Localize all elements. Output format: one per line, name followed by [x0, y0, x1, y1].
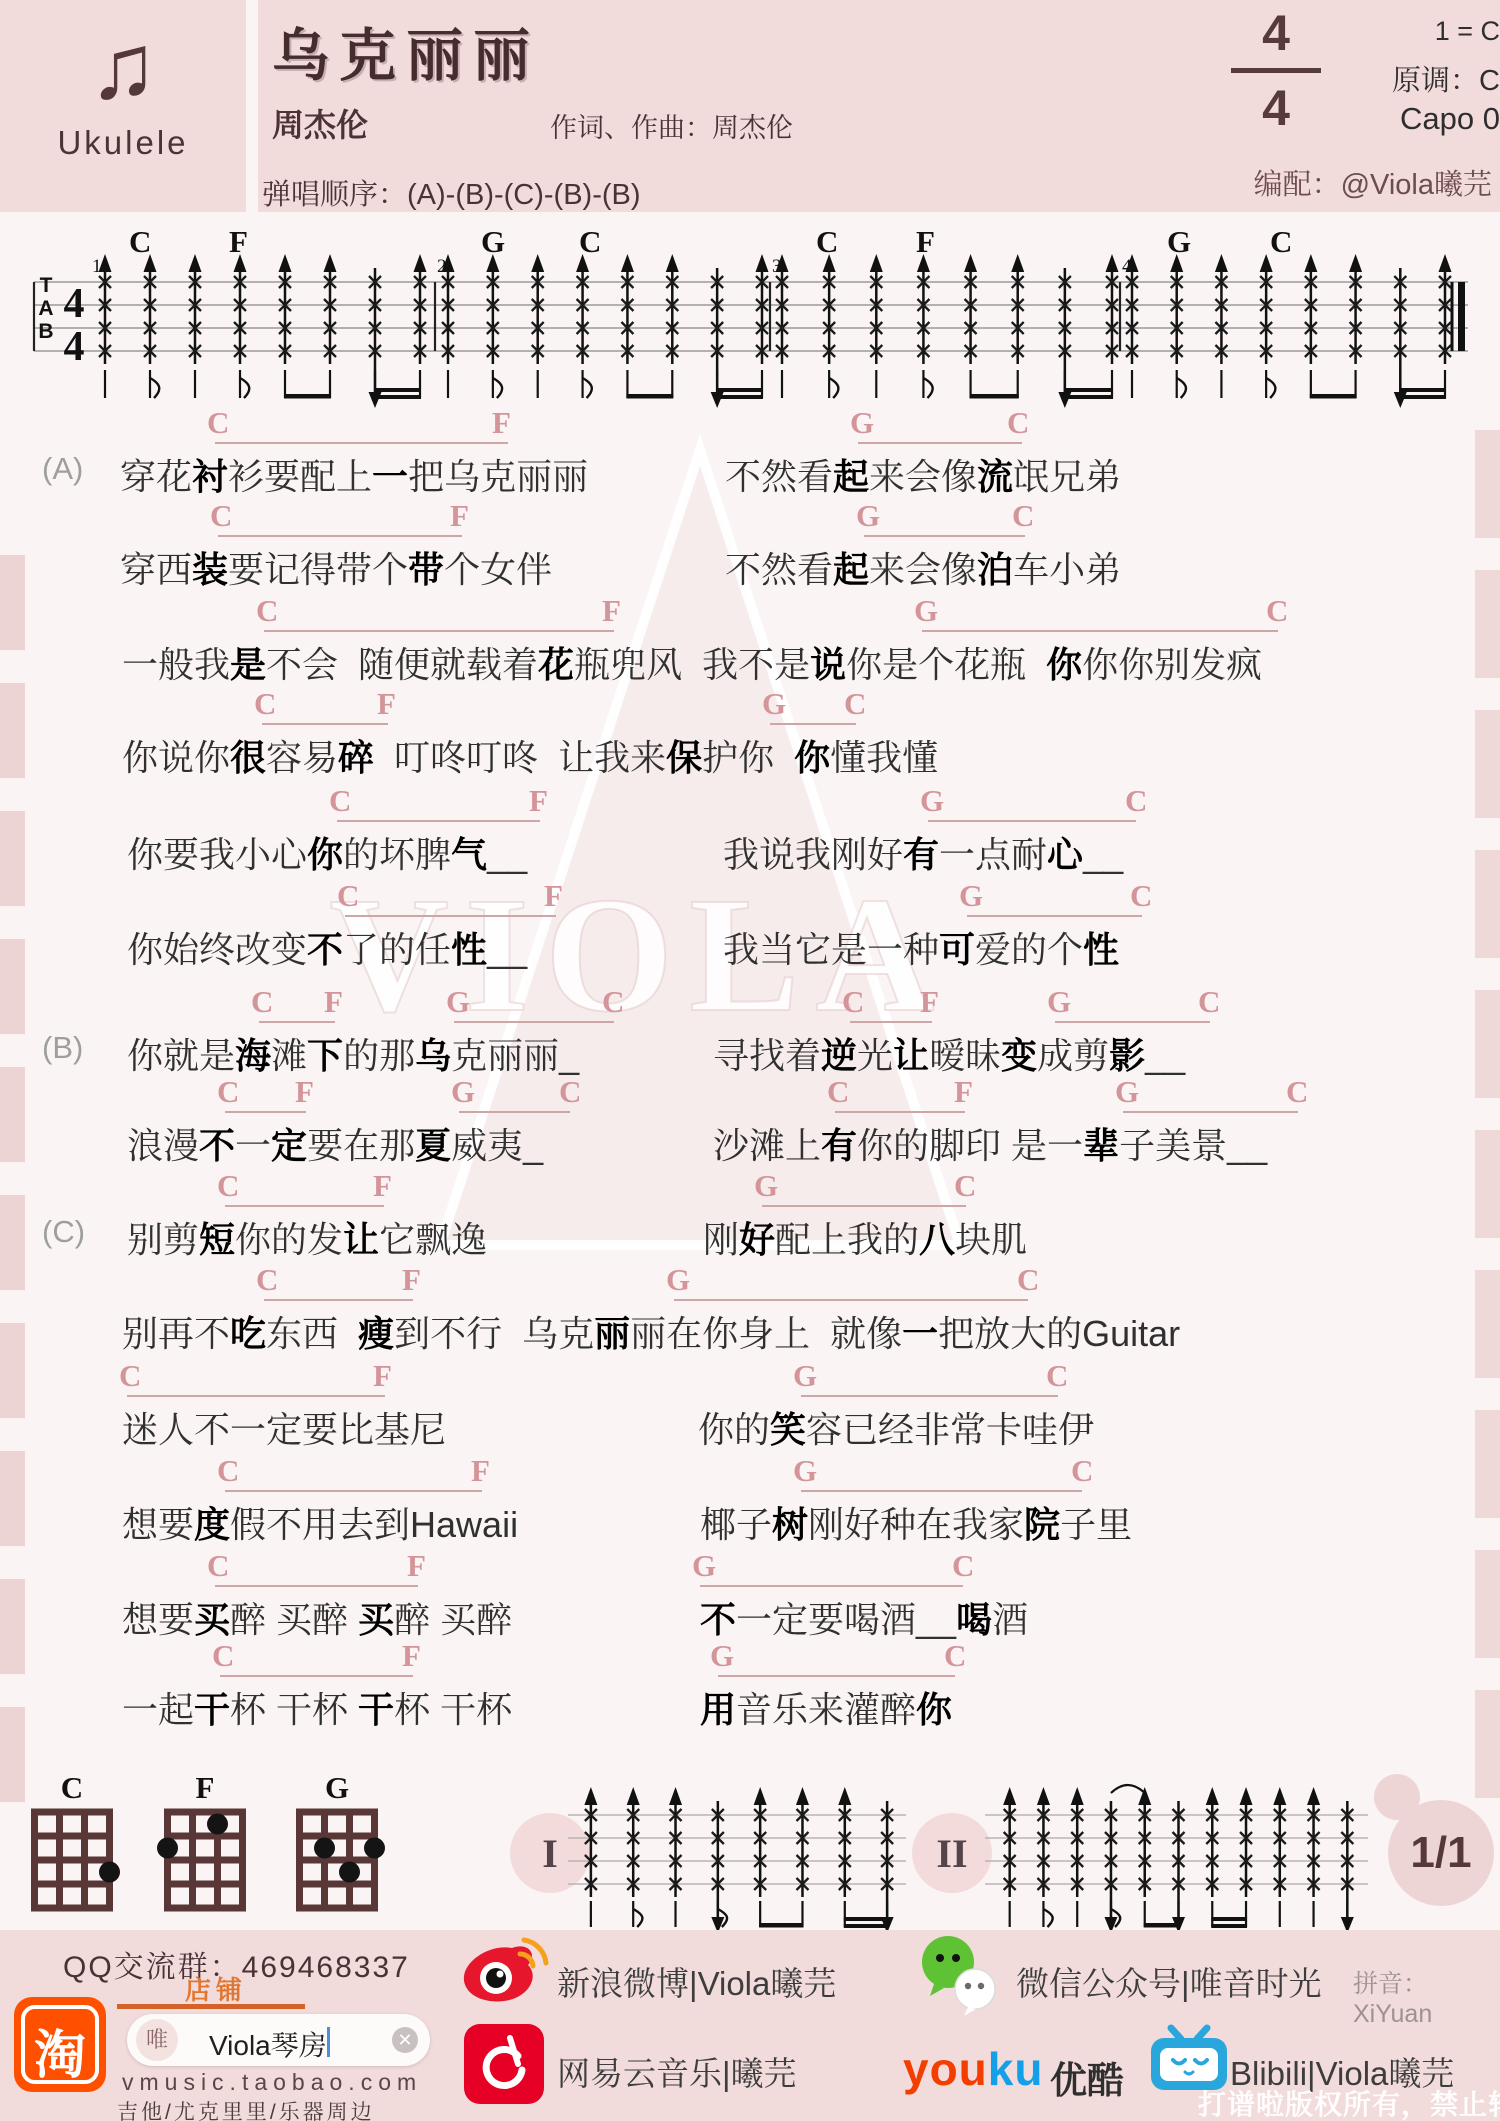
tab-chord-label: G	[1167, 224, 1191, 259]
svg-text:VIOLA: VIOLA	[330, 863, 951, 1046]
logo-text: Ukulele	[0, 124, 246, 162]
taobao-icon-char: 淘	[14, 2013, 106, 2088]
arranger: 编配：@Viola曦芫	[1254, 162, 1492, 203]
svg-text:II: II	[936, 1831, 967, 1876]
chord-label: F	[373, 1168, 392, 1204]
chord-label: G	[1115, 1074, 1139, 1110]
play-order: 弹唱顺序：(A)-(B)-(C)-(B)-(B)	[262, 172, 641, 213]
chord-label: F	[529, 783, 548, 819]
chord-rule	[1055, 1021, 1210, 1023]
chord-label: C	[251, 984, 273, 1020]
time-bottom: 4	[1230, 75, 1322, 141]
chord-label: C	[827, 1074, 849, 1110]
left-edge-decoration	[0, 555, 25, 1810]
chord-rule	[225, 1490, 482, 1492]
chord-rule	[220, 1675, 413, 1677]
header: ♫ Ukulele 乌克丽丽 周杰伦 作词、作曲：周杰伦 弹唱顺序：(A)-(B…	[0, 0, 1500, 212]
capo: Capo 0	[1400, 101, 1500, 137]
lyric-text: 你说你很容易碎 叮咚叮咚 让我来保护你 你懂我懂	[122, 730, 938, 781]
lyric-text: 我说我刚好有一点耐心__	[723, 827, 1123, 878]
chord-rule	[718, 1675, 955, 1677]
tab-chord-label: F	[229, 224, 248, 259]
chord-label: G	[710, 1638, 734, 1674]
chord-label: C	[1012, 498, 1034, 534]
svg-text:B: B	[38, 320, 53, 343]
text-cursor	[327, 2027, 330, 2057]
lyric-line: CFGC别再不吃东西 瘦到不行 乌克丽丽在你身上 就像一把放大的Guitar	[0, 1262, 1500, 1362]
chord-label: C	[256, 1262, 278, 1298]
chord-rule	[674, 1299, 1028, 1301]
tab-chord-label: C	[129, 224, 151, 259]
chord-rule	[459, 1111, 570, 1113]
lyric-line: CFGC一起干杯 干杯 干杯 干杯用音乐来灌醉你	[0, 1638, 1500, 1738]
lyric-text: 你要我小心你的坏脾气__	[127, 827, 527, 878]
chord-label: F	[402, 1638, 421, 1674]
page-number: 1/1	[1388, 1828, 1494, 1878]
chord-label: F	[324, 984, 343, 1020]
chord-rule	[337, 820, 540, 822]
lyric-text: 迷人不一定要比基尼	[122, 1402, 446, 1453]
lyric-text: 一般我是不会 随便就载着花瓶兜风 我不是说你是个花瓶 你你你别发疯	[122, 637, 1262, 688]
chord-label: G	[793, 1453, 817, 1489]
lyric-line: (A)CFGC穿花衬衫要配上一把乌克丽丽不然看起来会像流氓兄弟	[0, 405, 1500, 505]
search-value: Viola琴房	[209, 2024, 330, 2064]
chord-label: C	[212, 1638, 234, 1674]
chord-label: F	[602, 593, 621, 629]
lyric-line: (B)CFGCCFGC你就是海滩下的那乌克丽丽_寻找着逆光让暧昧变成剪影__	[0, 984, 1500, 1084]
chord-label: C	[1266, 593, 1288, 629]
credits: 作词、作曲：周杰伦	[550, 106, 793, 145]
lyric-text: 椰子树刚好种在我家院子里	[700, 1497, 1132, 1548]
chord-label: G	[1047, 984, 1071, 1020]
chord-rule	[864, 535, 1025, 537]
chord-label: F	[407, 1548, 426, 1584]
tab-chord-label: C	[579, 224, 601, 259]
chord-label: C	[217, 1453, 239, 1489]
chord-label: F	[373, 1358, 392, 1394]
chord-label: F	[295, 1074, 314, 1110]
lyric-text: 穿西装要记得带个带个女伴	[120, 542, 552, 593]
chord-label: G	[920, 783, 944, 819]
original-key: 原调：C	[1392, 58, 1500, 99]
lyric-text: 别再不吃东西 瘦到不行 乌克丽丽在你身上 就像一把放大的Guitar	[122, 1306, 1180, 1357]
youku-cn-label: 优酷	[1050, 2050, 1124, 2104]
chord-label: G	[914, 593, 938, 629]
chord-label: C	[944, 1638, 966, 1674]
search-input[interactable]: 唯 Viola琴房 ✕	[127, 2014, 430, 2066]
chord-label: F	[377, 686, 396, 722]
chord-label: C	[559, 1074, 581, 1110]
footer: QQ交流群：469468337 店铺 淘 唯 Viola琴房 ✕ vmusic.…	[0, 1930, 1500, 2121]
page-badge: 1/1	[1388, 1800, 1494, 1906]
lyric-line: CFGC你始终改变不了的任性__我当它是一种可爱的个性	[0, 878, 1500, 978]
chord-rule	[700, 1585, 963, 1587]
chord-rule	[225, 1205, 384, 1207]
lyric-text: 刚好配上我的八块肌	[703, 1212, 1027, 1263]
tab-chord-label: C	[1270, 224, 1292, 259]
chord-rule	[762, 1205, 966, 1207]
chord-label: F	[402, 1262, 421, 1298]
chord-label: F	[954, 1074, 973, 1110]
section-label: (B)	[42, 1030, 83, 1066]
key-line: 1 = C	[1435, 16, 1500, 47]
chord-label: C	[256, 593, 278, 629]
chord-label: C	[1017, 1262, 1039, 1298]
lyric-text: 沙滩上有你的脚印 是一辈子美景__	[713, 1118, 1267, 1169]
pinyin-note: 拼音：XiYuan	[1353, 1964, 1500, 2029]
chord-label: G	[762, 686, 786, 722]
lyric-line: CFGC你说你很容易碎 叮咚叮咚 让我来保护你 你懂我懂	[0, 686, 1500, 786]
lyric-text: 不然看起来会像流氓兄弟	[725, 449, 1121, 500]
chord-rule	[801, 1490, 1082, 1492]
chord-label: C	[217, 1074, 239, 1110]
chord-rule	[770, 723, 856, 725]
chord-rule	[967, 915, 1142, 917]
chord-rule	[850, 1021, 932, 1023]
lyric-line: CFGC一般我是不会 随便就载着花瓶兜风 我不是说你是个花瓶 你你你别发疯	[0, 593, 1500, 693]
intro-tab-notation: TAB441CF2GC3CF4GC	[0, 212, 1500, 412]
netease-music-icon	[464, 2024, 544, 2104]
svg-text:A: A	[38, 297, 53, 320]
youku-logo: youku	[903, 2042, 1043, 2096]
time-signature: 4 4	[1230, 0, 1322, 141]
chord-rule	[345, 915, 556, 917]
time-bar	[1231, 68, 1321, 73]
weibo-icon	[454, 1932, 549, 2010]
chord-rule	[215, 442, 508, 444]
lyric-text: 想要度假不用去到Hawaii	[122, 1497, 518, 1548]
lyric-line: CFGC迷人不一定要比基尼你的笑容已经非常卡哇伊	[0, 1358, 1500, 1458]
chord-label: G	[692, 1548, 716, 1584]
chord-rule	[127, 1395, 385, 1397]
search-logo-icon: 唯	[136, 2019, 178, 2061]
section-label: (C)	[42, 1214, 85, 1250]
shop-label: 店铺	[185, 1970, 247, 2007]
tab-chord-label: G	[481, 224, 505, 259]
section-label: (A)	[42, 451, 83, 487]
chord-label: C	[1130, 878, 1152, 914]
lyric-text: 别剪短你的发让它飘逸	[127, 1212, 487, 1263]
tab-chord-label: F	[916, 224, 935, 259]
lyric-line: CFGC你要我小心你的坏脾气__我说我刚好有一点耐心__	[0, 783, 1500, 883]
taobao-tags: 吉他/尤克里里/乐器周边	[117, 2096, 375, 2121]
song-title: 乌克丽丽	[272, 10, 540, 92]
taobao-icon: 淘	[14, 1997, 106, 2092]
artist-name: 周杰伦	[272, 100, 368, 146]
chord-label: G	[959, 878, 983, 914]
chord-label: G	[666, 1262, 690, 1298]
chord-rule	[264, 630, 614, 632]
chord-label: G	[793, 1358, 817, 1394]
chord-rule	[264, 1299, 413, 1301]
chord-label: C	[844, 686, 866, 722]
chord-label: G	[754, 1168, 778, 1204]
logo-box: ♫ Ukulele	[0, 0, 246, 212]
chord-label: C	[602, 984, 624, 1020]
strum-patterns: III	[0, 1775, 1500, 1935]
search-clear-icon[interactable]: ✕	[392, 2027, 418, 2053]
chord-rule	[835, 1111, 965, 1113]
chord-rule	[262, 723, 388, 725]
chord-rule	[454, 1021, 614, 1023]
svg-text:T: T	[40, 274, 53, 297]
chord-label: C	[217, 1168, 239, 1204]
sheet-page: VIOLA ♫ Ukulele 乌克丽丽 周杰伦 作词、作曲：周杰伦 弹唱顺序：…	[0, 0, 1500, 2121]
chord-rule	[259, 1021, 335, 1023]
chord-label: C	[329, 783, 351, 819]
chord-label: C	[1198, 984, 1220, 1020]
chord-rule	[922, 630, 1278, 632]
lyric-text: 你就是海滩下的那乌克丽丽_	[127, 1028, 579, 1079]
header-divider	[246, 0, 258, 212]
chord-label: F	[920, 984, 939, 1020]
chord-label: C	[254, 686, 276, 722]
lyric-text: 不然看起来会像泊车小弟	[725, 542, 1121, 593]
svg-text:I: I	[542, 1831, 558, 1876]
lyric-text: 一起干杯 干杯 干杯 干杯	[122, 1682, 512, 1733]
wechat-icon	[918, 1934, 1002, 2018]
chord-label: C	[207, 1548, 229, 1584]
netease-account: 网易云音乐|曦芫	[557, 2048, 797, 2095]
music-note-icon: ♫	[0, 12, 246, 122]
chord-label: C	[1286, 1074, 1308, 1110]
chord-label: C	[954, 1168, 976, 1204]
svg-text:4: 4	[64, 324, 85, 370]
chord-rule	[928, 820, 1136, 822]
lyric-line: CFGC想要买醉 买醉 买醉 买醉不一定要喝酒__喝酒	[0, 1548, 1500, 1648]
chord-label: F	[471, 1453, 490, 1489]
chord-label: C	[210, 498, 232, 534]
lyric-line: CFGCCFGC浪漫不一定要在那夏威夷_沙滩上有你的脚印 是一辈子美景__	[0, 1074, 1500, 1174]
lyric-line: (C)CFGC别剪短你的发让它飘逸刚好配上我的八块肌	[0, 1168, 1500, 1268]
chord-label: C	[1046, 1358, 1068, 1394]
copyright-watermark: 打谱啦版权所有，禁止转载	[1198, 2083, 1500, 2121]
taobao-url: vmusic.taobao.com	[122, 2069, 422, 2096]
chord-rule	[858, 442, 1022, 444]
lyric-text: 用音乐来灌醉你	[700, 1682, 952, 1733]
chord-rule	[801, 1395, 1058, 1397]
right-edge-decoration	[1475, 430, 1500, 1815]
wechat-account: 微信公众号|唯音时光	[1016, 1958, 1322, 2005]
chord-label: C	[842, 984, 864, 1020]
svg-text:4: 4	[64, 281, 85, 327]
chord-rule	[225, 1111, 306, 1113]
lyric-line: CFGC想要度假不用去到Hawaii椰子树刚好种在我家院子里	[0, 1453, 1500, 1553]
svg-text:1: 1	[92, 256, 102, 277]
chord-label: C	[337, 878, 359, 914]
lyric-text: 寻找着逆光让暧昧变成剪影__	[713, 1028, 1185, 1079]
chord-label: G	[451, 1074, 475, 1110]
chord-label: F	[450, 498, 469, 534]
weibo-account: 新浪微博|Viola曦芫	[557, 1958, 836, 2005]
chord-rule	[1123, 1111, 1298, 1113]
lyric-text: 想要买醉 买醉 买醉 买醉	[122, 1592, 512, 1643]
chord-label: G	[446, 984, 470, 1020]
chord-label: G	[856, 498, 880, 534]
lyric-text: 你的笑容已经非常卡哇伊	[698, 1402, 1094, 1453]
lyric-line: CFGC穿西装要记得带个带个女伴不然看起来会像泊车小弟	[0, 498, 1500, 598]
chord-rule	[218, 535, 462, 537]
chord-label: C	[1125, 783, 1147, 819]
chord-label: F	[544, 878, 563, 914]
chord-label: C	[952, 1548, 974, 1584]
lyric-text: 你始终改变不了的任性__	[127, 922, 527, 973]
tab-chord-label: C	[816, 224, 838, 259]
time-top: 4	[1230, 0, 1322, 66]
lyric-text: 穿花衬衫要配上一把乌克丽丽	[120, 449, 588, 500]
lyric-text: 浪漫不一定要在那夏威夷_	[127, 1118, 543, 1169]
lyric-text: 我当它是一种可爱的个性	[723, 922, 1119, 973]
chord-rule	[215, 1585, 418, 1587]
shop-underline	[117, 2004, 305, 2009]
chord-label: C	[1071, 1453, 1093, 1489]
chord-label: C	[119, 1358, 141, 1394]
lyric-text: 不一定要喝酒__喝酒	[700, 1592, 1028, 1643]
